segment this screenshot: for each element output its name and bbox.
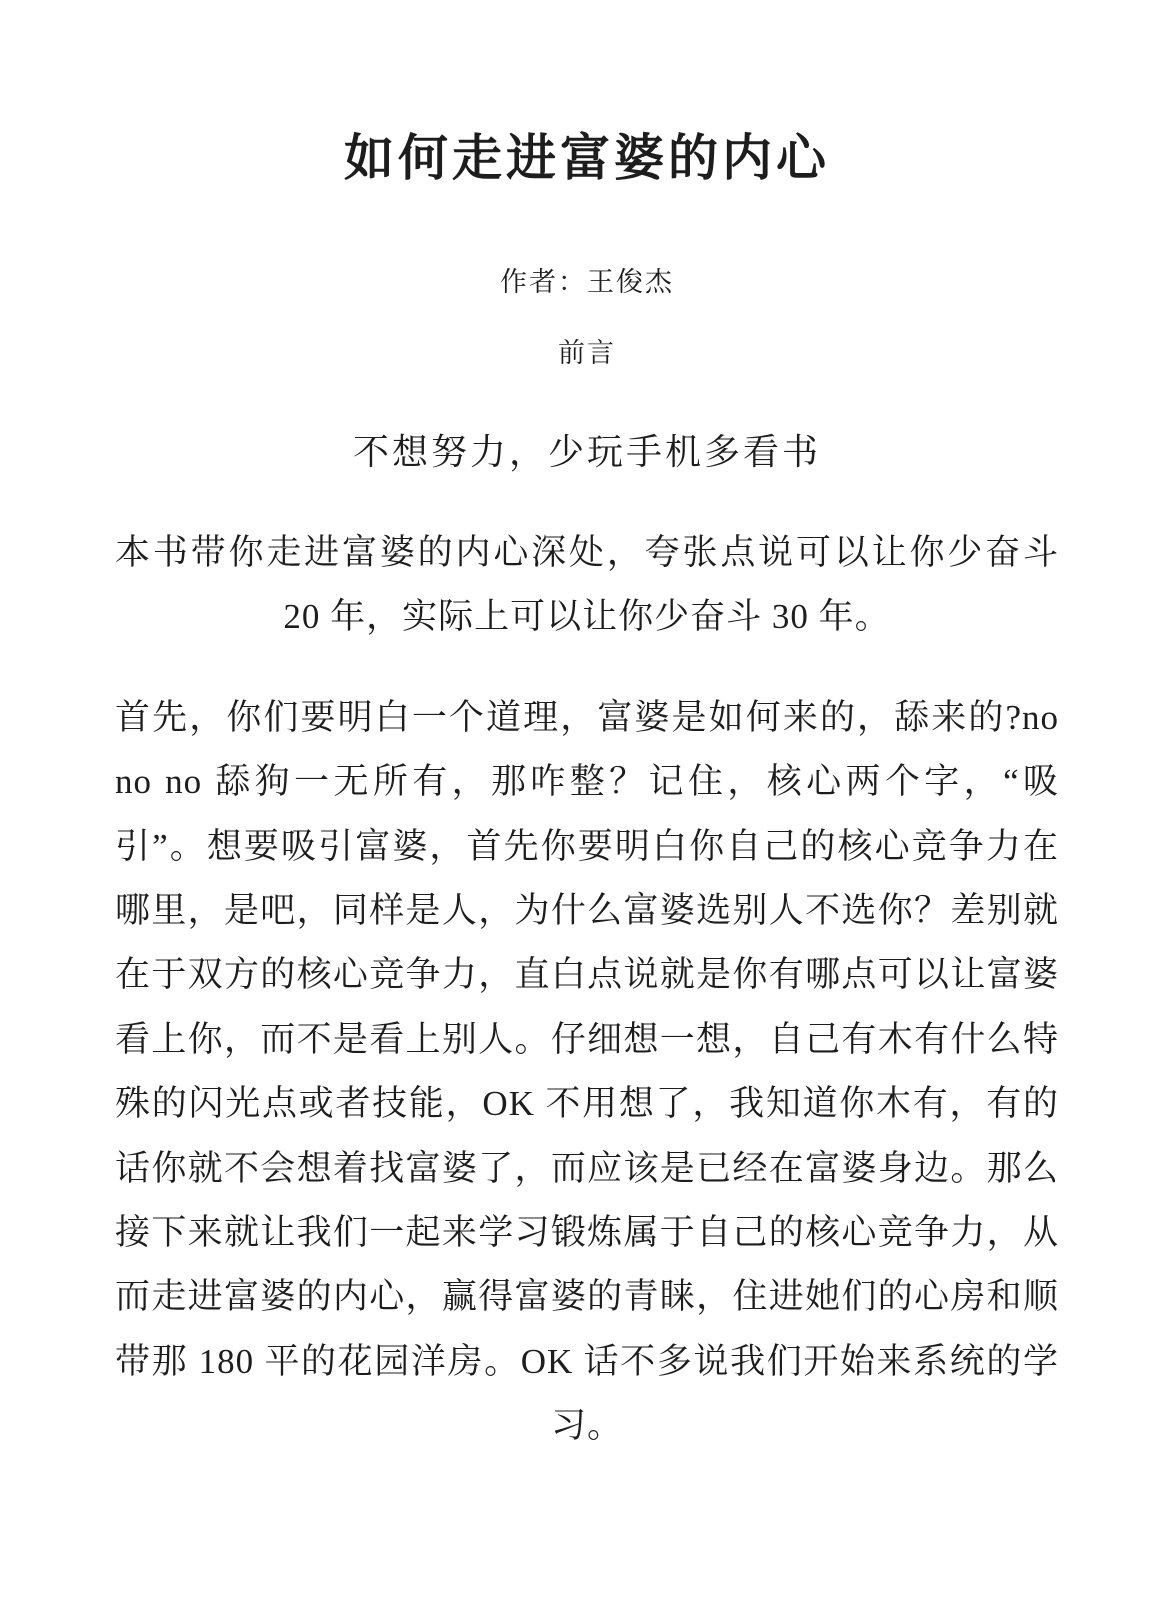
document-page: 如何走进富婆的内心 作者：王俊杰 前言 不想努力，少玩手机多看书 本书带你走进富… (0, 0, 1174, 1600)
document-content: 如何走进富婆的内心 作者：王俊杰 前言 不想努力，少玩手机多看书 本书带你走进富… (115, 128, 1059, 1458)
paragraph-intro: 本书带你走进富婆的内心深处，夸张点说可以让你少奋斗 20 年，实际上可以让你少奋… (115, 521, 1059, 650)
subtitle: 不想努力，少玩手机多看书 (115, 424, 1059, 475)
page-title: 如何走进富婆的内心 (115, 128, 1059, 188)
author-line: 作者：王俊杰 (115, 260, 1059, 299)
section-heading-preface: 前言 (115, 331, 1059, 370)
paragraph-body: 首先，你们要明白一个道理，富婆是如何来的，舔来的?no no no 舔狗一无所有… (115, 686, 1059, 1459)
